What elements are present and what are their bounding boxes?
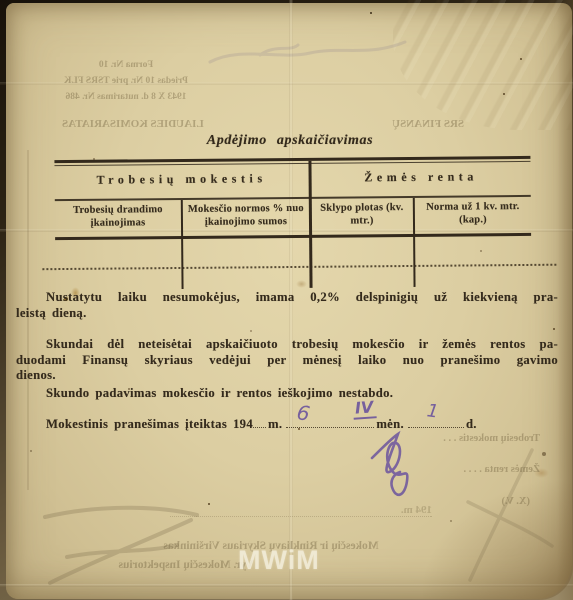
table-right-divider	[413, 198, 416, 287]
column-group-zemes-renta: Žemės renta	[312, 169, 531, 186]
paragraph-line: duodami Finansų skyriaus vedėjui per mėn…	[16, 353, 558, 369]
dirt-speckles	[370, 12, 372, 14]
scanned-document: Forma Nr. 10 Priedas 10 Nr. prie TSRS FL…	[0, 0, 573, 600]
ghost-form-line: Forma Nr. 10	[40, 57, 212, 73]
ghost-scribble-top	[200, 30, 420, 75]
receipt-prefix: Mokestinis pranešimas įteiktas 194	[46, 417, 253, 432]
column-header-norma-uz-kv-mtr: Norma už 1 kv. mtr. (kap.)	[417, 200, 529, 227]
ghost-scribble-bottom-right	[440, 440, 570, 590]
paragraph-penalty: Nustatytu laiku nesumokėjus, imama 0,2% …	[16, 290, 558, 321]
handwritten-signature	[358, 428, 436, 508]
ghost-form-number-block: Forma Nr. 10 Priedas 10 Nr. prie TSRS FL…	[40, 57, 212, 105]
paragraph-line: Nustatytu laiku nesumokėjus, imama 0,2% …	[16, 290, 558, 306]
column-header-sklypo-plotas: Sklypo plotas (kv. mtr.)	[313, 201, 411, 228]
ghost-form-line: Priedas 10 Nr. prie TSRS FLK	[40, 73, 212, 89]
ghost-header-left: SRS FINANSŲ	[392, 118, 464, 130]
paragraph-line: leistą dieną.	[16, 306, 558, 322]
ghost-commissariat-header: SRS FINANSŲ LIAUDIES KOMISARIATAS	[62, 118, 464, 130]
label-d: d.	[466, 417, 477, 432]
document-title: Apdėjimo apskaičiavimas	[140, 133, 440, 149]
table-dotted-rule	[42, 264, 556, 270]
watermark: MWiM	[238, 545, 320, 576]
paragraph-line: Skundo padavimas mokesčio ir rentos iešk…	[16, 386, 558, 402]
ghost-header-right: LIAUDIES KOMISARIATAS	[62, 118, 204, 130]
ghost-form-line: 1943 X 8 d. nutarimas Nr. 486	[40, 89, 212, 105]
handwritten-month-roman: IV	[352, 397, 377, 420]
paragraph-complaints: Skundai dėl neteisėtai apskaičiuoto trob…	[16, 337, 558, 384]
dotted-blank-year	[253, 416, 266, 428]
ghost-scribble-bottom-left	[25, 495, 220, 590]
table-subheader-rule	[55, 233, 531, 240]
assessment-table: Trobesių mokestis Žemės renta Trobesių d…	[54, 156, 531, 292]
label-m: m.	[268, 417, 282, 432]
column-header-mokescio-normos: Mokesčio normos % nuo įkainojimo sumos	[185, 202, 307, 229]
paragraph-line: dienos.	[16, 368, 558, 384]
column-header-draudimo-ikainojimas: Trobesių drandimo įkainojimas	[57, 203, 179, 230]
table-left-divider	[181, 200, 184, 289]
paragraph-no-suspension: Skundo padavimas mokesčio ir rentos iešk…	[16, 386, 558, 402]
paragraph-line: Skundai dėl neteisėtai apskaičiuoto trob…	[16, 337, 558, 353]
column-group-trobesiu-mokestis: Trobesių mokestis	[55, 171, 309, 188]
